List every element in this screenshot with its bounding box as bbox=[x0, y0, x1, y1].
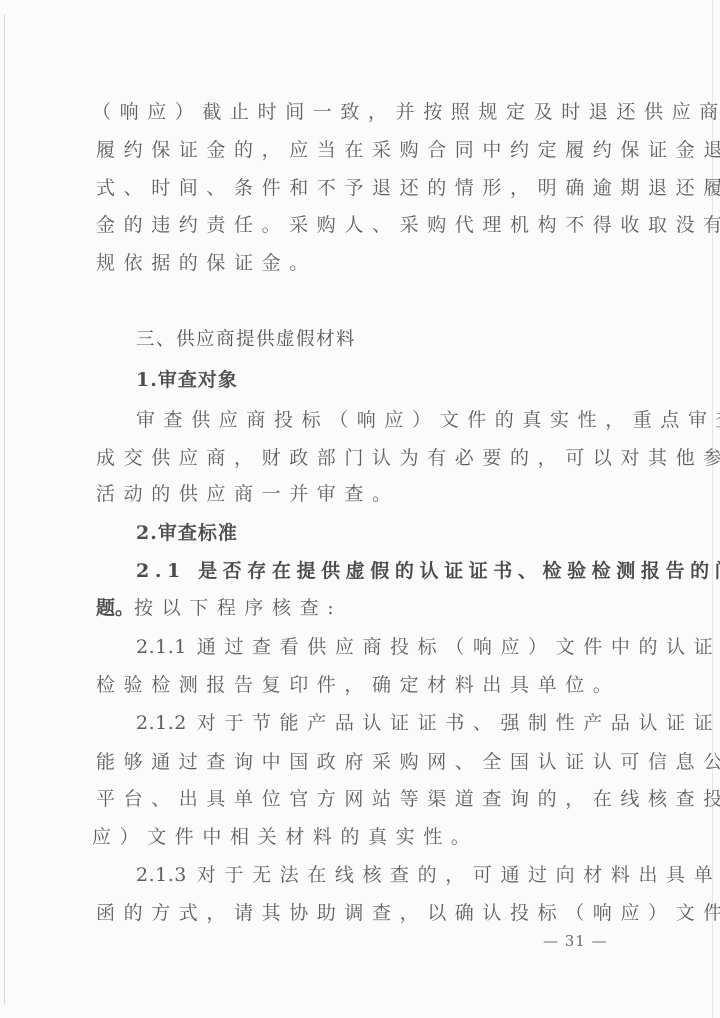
criterion-instruction: 按以下程序核查: bbox=[134, 597, 342, 619]
step-number: 2.1.2 bbox=[136, 712, 187, 734]
paragraph-line: 规依据的保证金。 bbox=[96, 244, 616, 282]
paragraph-line: 成交供应商，财政部门认为有必要的，可以对其他参加采购 bbox=[96, 439, 616, 477]
page-edge-left bbox=[4, 14, 5, 1004]
criterion-title: 2.1 是否存在提供虚假的认证证书、检验检测报告的问 bbox=[136, 552, 656, 590]
paragraph-line: 应）文件中相关材料的真实性。 bbox=[92, 818, 612, 856]
step-text: 对于节能产品认证证书、强制性产品认证证书等 bbox=[197, 712, 720, 734]
step-text: 通过查看供应商投标（响应）文件中的认证证书、 bbox=[197, 636, 720, 658]
criterion-continuation: 题。按以下程序核查: bbox=[96, 589, 616, 627]
procedure-step: 2.1.2对于节能产品认证证书、强制性产品认证证书等 bbox=[136, 704, 656, 742]
paragraph-line: 式、时间、条件和不予退还的情形，明确逾期退还履约保证 bbox=[96, 169, 616, 207]
paragraph-line: 平台、出具单位官方网站等渠道查询的，在线核查投标（响 bbox=[96, 780, 616, 818]
procedure-step: 2.1.1通过查看供应商投标（响应）文件中的认证证书、 bbox=[136, 628, 656, 666]
paragraph-line: 能够通过查询中国政府采购网、全国认证认可信息公共服务 bbox=[96, 743, 616, 781]
step-number: 2.1.1 bbox=[136, 636, 187, 658]
paragraph-line: 审查供应商投标（响应）文件的真实性，重点审查中标、 bbox=[136, 401, 656, 439]
section-heading: 三、供应商提供虚假材料 bbox=[136, 321, 656, 359]
paragraph-line: （响应）截止时间一致，并按照规定及时退还供应商。收取 bbox=[92, 93, 612, 131]
subsection-title: 2.审查标准 bbox=[136, 514, 656, 552]
criterion-title-end: 题。 bbox=[96, 597, 134, 619]
step-number: 2.1.3 bbox=[136, 864, 187, 886]
subsection-title: 1.审查对象 bbox=[136, 361, 656, 399]
paragraph-line: 活动的供应商一并审查。 bbox=[96, 475, 616, 513]
paragraph-line: 履约保证金的，应当在采购合同中约定履约保证金退还的方 bbox=[96, 131, 616, 169]
paragraph-line: 函的方式，请其协助调查，以确认投标（响应）文件中的相 bbox=[96, 894, 616, 932]
paragraph-line: 金的违约责任。采购人、采购代理机构不得收取没有法律法 bbox=[96, 206, 616, 244]
page-number: — 31 — bbox=[543, 932, 608, 950]
step-text: 对于无法在线核查的，可通过向材料出具单位发 bbox=[197, 864, 720, 886]
paragraph-line: 检验检测报告复印件，确定材料出具单位。 bbox=[96, 666, 616, 704]
procedure-step: 2.1.3对于无法在线核查的，可通过向材料出具单位发 bbox=[136, 856, 656, 894]
document-page: （响应）截止时间一致，并按照规定及时退还供应商。收取 履约保证金的，应当在采购合… bbox=[0, 0, 720, 1018]
